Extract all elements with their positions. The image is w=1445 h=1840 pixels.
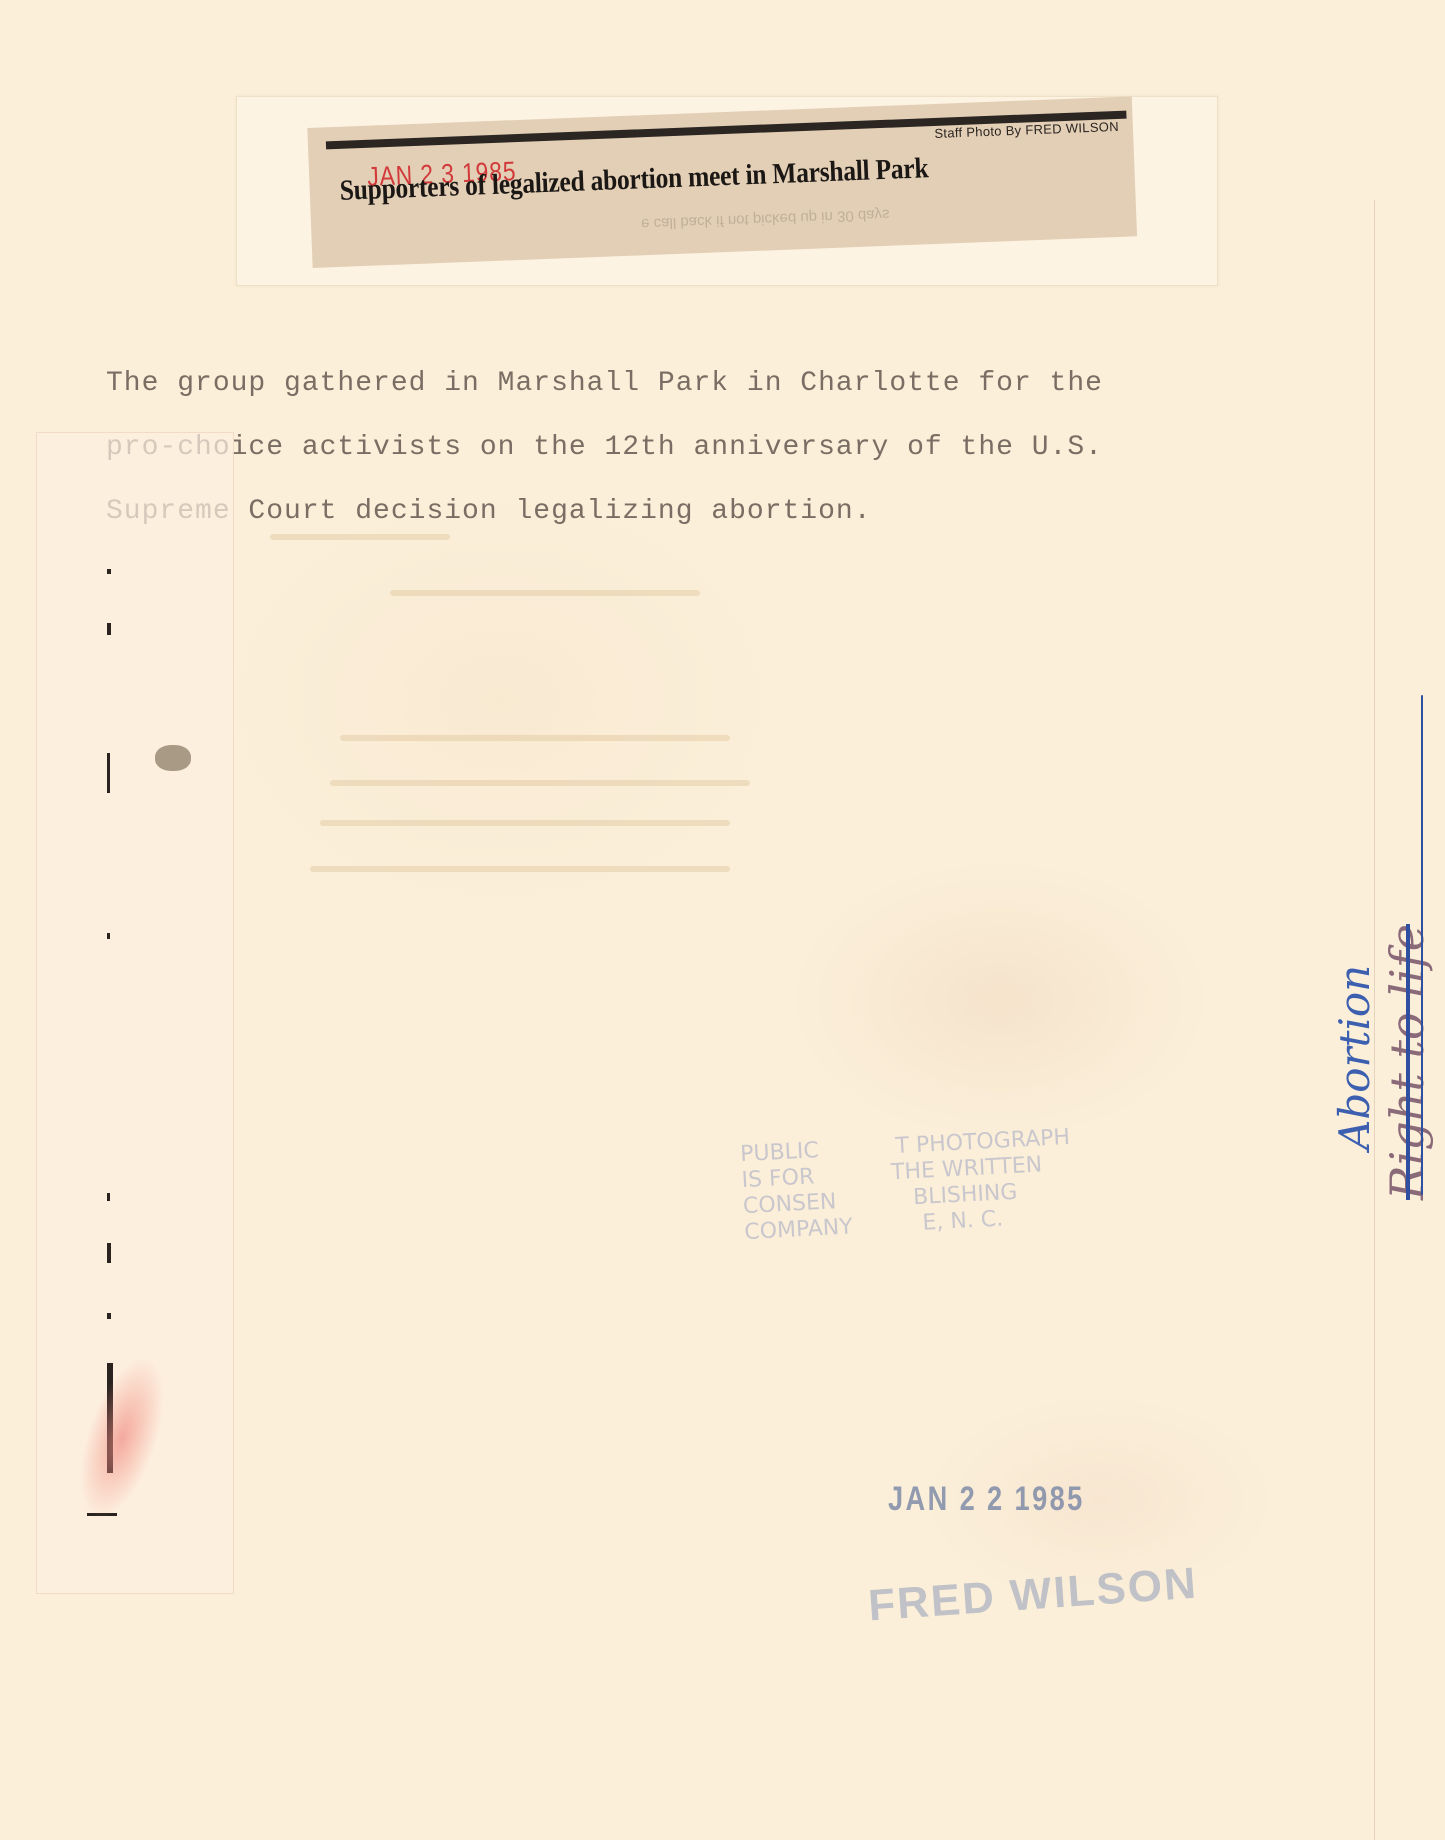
caption-line: pro-choice activists on the 12th anniver… <box>106 416 1256 480</box>
glue-mark <box>340 735 730 741</box>
tape-mark <box>107 753 110 793</box>
tape-mark <box>107 1243 111 1263</box>
glue-mark <box>310 866 730 872</box>
bleed-through-text: e call back if not picked up in 30 days <box>641 206 890 233</box>
typed-caption: The group gathered in Marshall Park in C… <box>106 352 1256 544</box>
left-tape-strip <box>36 432 234 1594</box>
tape-mark <box>107 1193 110 1201</box>
glue-mark <box>390 590 700 596</box>
tape-mark <box>107 623 111 635</box>
stain-blot <box>155 745 191 771</box>
glue-mark <box>320 820 730 826</box>
copyright-stamp: PUBLIC T PHOTOGRAPH IS FOR THE WRITTEN C… <box>740 1114 1285 1246</box>
handwritten-subject: Abortion <box>1330 965 1379 1150</box>
tape-mark <box>107 933 110 939</box>
photographer-stamp: FRED WILSON <box>867 1559 1200 1632</box>
red-smear <box>62 1346 181 1529</box>
received-date-stamp: JAN 2 2 1985 <box>888 1480 1085 1519</box>
tape-mark <box>107 1313 111 1319</box>
caption-line: The group gathered in Marshall Park in C… <box>106 352 1256 416</box>
tape-mark <box>107 569 111 574</box>
glue-mark <box>330 780 750 786</box>
strike-through-line <box>1421 695 1423 1195</box>
glue-mark <box>270 534 450 540</box>
handwritten-crossed-out: Right to life <box>1380 924 1434 1200</box>
